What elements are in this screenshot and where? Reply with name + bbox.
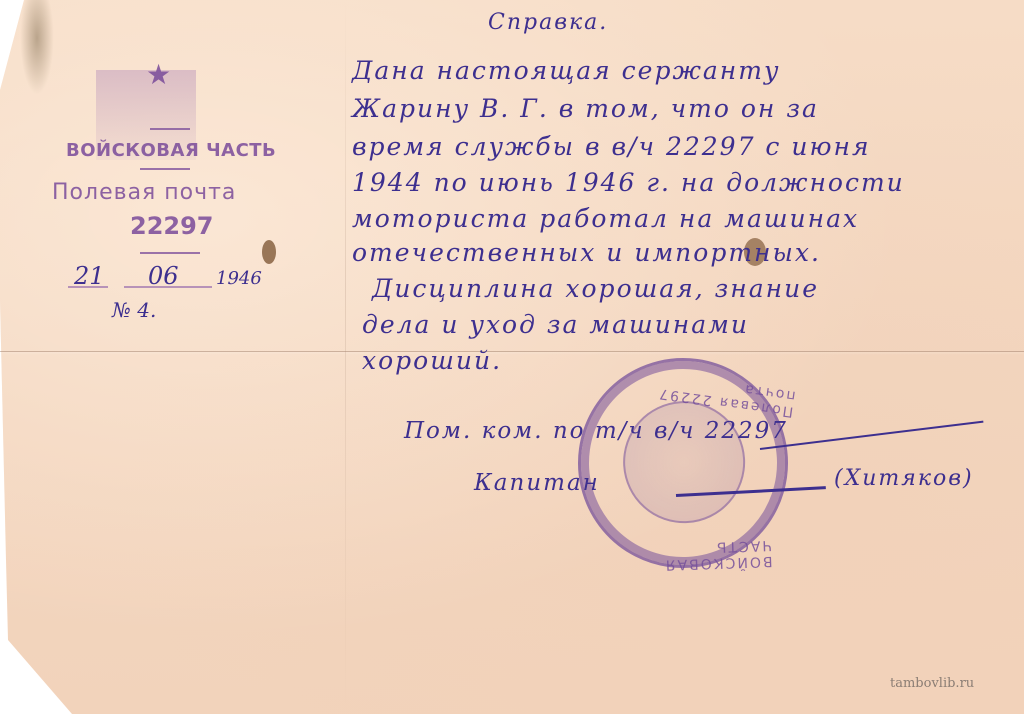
body-line: Жарину В. Г. в том, что он за bbox=[352, 94, 819, 123]
document-number: № 4. bbox=[112, 298, 156, 322]
body-line: время службы в в/ч 22297 с июня bbox=[352, 132, 871, 161]
body-line: Дисциплина хорошая, знание bbox=[372, 274, 819, 303]
stamp-post-label: Полевая почта bbox=[52, 180, 236, 205]
stamp-rule bbox=[140, 252, 200, 254]
signature-title: Пом. ком. по т/ч в/ч 22297 bbox=[404, 418, 788, 444]
stamp-post-number: 22297 bbox=[130, 212, 214, 240]
body-line: дела и уход за машинами bbox=[362, 310, 749, 339]
rust-spot bbox=[262, 240, 276, 264]
stamp-unit-label: ВОЙСКОВАЯ ЧАСТЬ bbox=[66, 140, 276, 161]
body-line: моториста работал на машинах bbox=[352, 204, 859, 233]
water-stain bbox=[20, 0, 54, 95]
seal-text-bottom: ВОЙСКОВАЯ ЧАСТЬ bbox=[618, 537, 773, 574]
stamp-rule bbox=[140, 168, 190, 170]
body-line: Дана настоящая сержанту bbox=[352, 56, 780, 85]
signatory-name: (Хитяков) bbox=[834, 466, 974, 491]
fold-line-vertical bbox=[345, 0, 346, 714]
body-line: отечественных и импортных. bbox=[352, 238, 821, 267]
stamp-rule bbox=[150, 128, 190, 130]
body-line: хороший. bbox=[362, 346, 502, 375]
date-underline bbox=[68, 286, 108, 288]
signature-rank: Капитан bbox=[474, 470, 600, 496]
fold-line-horizontal bbox=[0, 351, 1024, 352]
document-title: Справка. bbox=[488, 10, 608, 35]
date-underline bbox=[124, 286, 212, 288]
watermark: tambovlib.ru bbox=[890, 676, 974, 691]
star-icon: ★ bbox=[146, 58, 171, 91]
body-line: 1944 по июнь 1946 г. на должности bbox=[352, 168, 905, 197]
date-year: 1946 bbox=[216, 268, 262, 289]
seal-emblem bbox=[615, 393, 753, 531]
